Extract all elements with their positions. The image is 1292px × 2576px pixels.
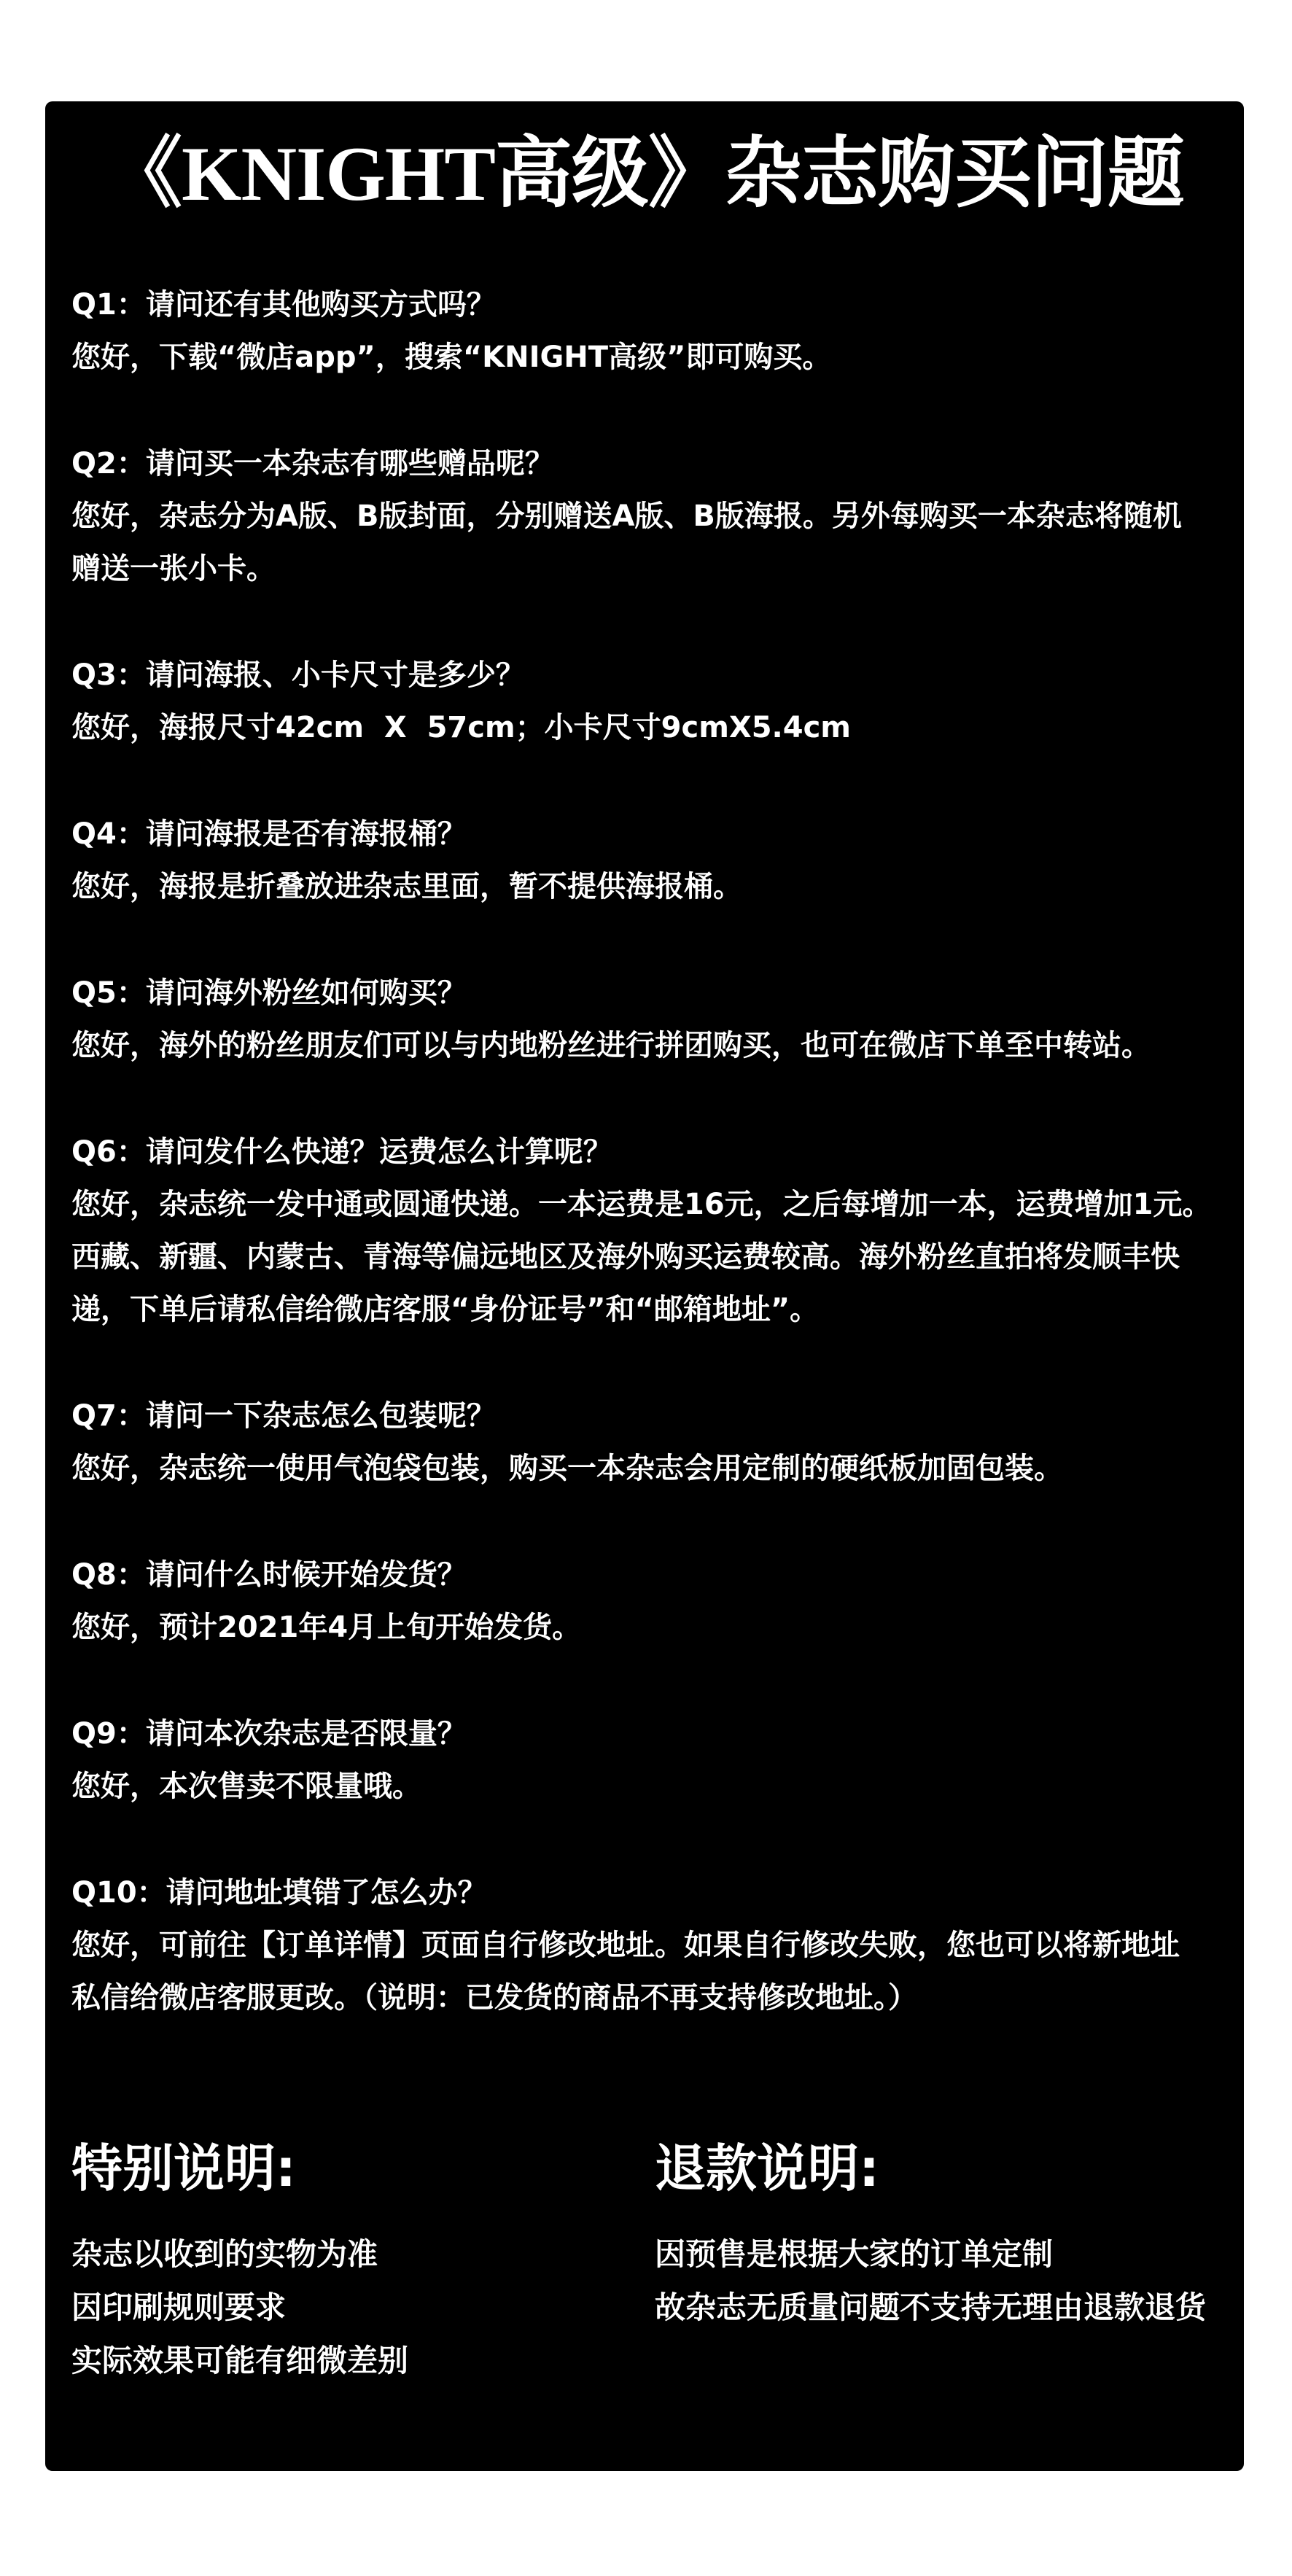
special-note-line: 实际效果可能有细微差别	[71, 2334, 408, 2387]
refund-note-heading: 退款说明:	[655, 2136, 1206, 2201]
refund-note-line: 因预售是根据大家的订单定制	[655, 2227, 1206, 2281]
faq-answer-line: 递，下单后请私信给微店客服“身份证号”和“邮箱地址”。	[71, 1283, 1238, 1336]
faq-card: 《KNIGHT高级》杂志购买问题 Q1：请问还有其他购买方式吗？ 您好，下载“微…	[45, 101, 1244, 2471]
faq-item-5: Q5：请问海外粉丝如何购买？ 您好，海外的粉丝朋友们可以与内地粉丝进行拼团购买，…	[71, 967, 1238, 1072]
faq-answer-line: 您好，本次售卖不限量哦。	[71, 1760, 1238, 1813]
special-note-line: 因印刷规则要求	[71, 2281, 408, 2334]
faq-answer-line: 您好，杂志统一使用气泡袋包装，购买一本杂志会用定制的硬纸板加固包装。	[71, 1442, 1238, 1495]
faq-question: Q4：请问海报是否有海报桶？	[71, 808, 1238, 860]
faq-answer-line: 您好，下载“微店app”，搜索“KNIGHT高级”即可购买。	[71, 331, 1238, 384]
faq-item-6: Q6：请问发什么快递？运费怎么计算呢？ 您好，杂志统一发中通或圆通快递。一本运费…	[71, 1126, 1238, 1336]
faq-answer-line: 您好，杂志统一发中通或圆通快递。一本运费是16元，之后每增加一本，运费增加1元。	[71, 1178, 1238, 1231]
faq-question: Q9：请问本次杂志是否限量？	[71, 1708, 1238, 1760]
faq-item-10: Q10：请问地址填错了怎么办？ 您好，可前往【订单详情】页面自行修改地址。如果自…	[71, 1867, 1238, 2024]
faq-question: Q10：请问地址填错了怎么办？	[71, 1867, 1238, 1919]
special-note-line: 杂志以收到的实物为准	[71, 2227, 408, 2281]
faq-item-4: Q4：请问海报是否有海报桶？ 您好，海报是折叠放进杂志里面，暂不提供海报桶。	[71, 808, 1238, 913]
faq-answer-line: 您好，杂志分为A版、B版封面，分别赠送A版、B版海报。另外每购买一本杂志将随机	[71, 490, 1238, 542]
faq-item-3: Q3：请问海报、小卡尺寸是多少？ 您好，海报尺寸42cm X 57cm；小卡尺寸…	[71, 649, 1238, 754]
faq-item-1: Q1：请问还有其他购买方式吗？ 您好，下载“微店app”，搜索“KNIGHT高级…	[71, 279, 1238, 384]
faq-question: Q7：请问一下杂志怎么包装呢？	[71, 1390, 1238, 1442]
refund-note-line: 故杂志无质量问题不支持无理由退款退货	[655, 2281, 1206, 2334]
faq-list: Q1：请问还有其他购买方式吗？ 您好，下载“微店app”，搜索“KNIGHT高级…	[71, 279, 1238, 2078]
faq-question: Q1：请问还有其他购买方式吗？	[71, 279, 1238, 331]
faq-answer-line: 私信给微店客服更改。（说明：已发货的商品不再支持修改地址。）	[71, 1972, 1238, 2024]
special-note: 特别说明: 杂志以收到的实物为准 因印刷规则要求 实际效果可能有细微差别	[71, 2136, 408, 2387]
faq-answer-line: 您好，海报是折叠放进杂志里面，暂不提供海报桶。	[71, 860, 1238, 913]
special-note-heading: 特别说明:	[71, 2136, 408, 2201]
faq-answer-line: 西藏、新疆、内蒙古、青海等偏远地区及海外购买运费较高。海外粉丝直拍将发顺丰快	[71, 1231, 1238, 1283]
faq-answer-line: 您好，海外的粉丝朋友们可以与内地粉丝进行拼团购买，也可在微店下单至中转站。	[71, 1019, 1238, 1072]
faq-question: Q6：请问发什么快递？运费怎么计算呢？	[71, 1126, 1238, 1178]
faq-question: Q8：请问什么时候开始发货？	[71, 1549, 1238, 1601]
faq-item-9: Q9：请问本次杂志是否限量？ 您好，本次售卖不限量哦。	[71, 1708, 1238, 1813]
faq-item-7: Q7：请问一下杂志怎么包装呢？ 您好，杂志统一使用气泡袋包装，购买一本杂志会用定…	[71, 1390, 1238, 1495]
refund-note: 退款说明: 因预售是根据大家的订单定制 故杂志无质量问题不支持无理由退款退货	[655, 2136, 1206, 2334]
faq-question: Q2：请问买一本杂志有哪些赠品呢？	[71, 437, 1238, 490]
faq-answer-line: 您好，预计2021年4月上旬开始发货。	[71, 1601, 1238, 1654]
faq-answer-line: 您好，海报尺寸42cm X 57cm；小卡尺寸9cmX5.4cm	[71, 701, 1238, 754]
faq-answer-line: 您好，可前往【订单详情】页面自行修改地址。如果自行修改失败，您也可以将新地址	[71, 1919, 1238, 1972]
faq-item-2: Q2：请问买一本杂志有哪些赠品呢？ 您好，杂志分为A版、B版封面，分别赠送A版、…	[71, 437, 1238, 595]
faq-item-8: Q8：请问什么时候开始发货？ 您好，预计2021年4月上旬开始发货。	[71, 1549, 1238, 1654]
faq-answer-line: 赠送一张小卡。	[71, 542, 1238, 595]
page-title: 《KNIGHT高级》杂志购买问题	[45, 131, 1244, 218]
faq-question: Q5：请问海外粉丝如何购买？	[71, 967, 1238, 1019]
notes-section: 特别说明: 杂志以收到的实物为准 因印刷规则要求 实际效果可能有细微差别 退款说…	[45, 2136, 1244, 2427]
faq-question: Q3：请问海报、小卡尺寸是多少？	[71, 649, 1238, 701]
